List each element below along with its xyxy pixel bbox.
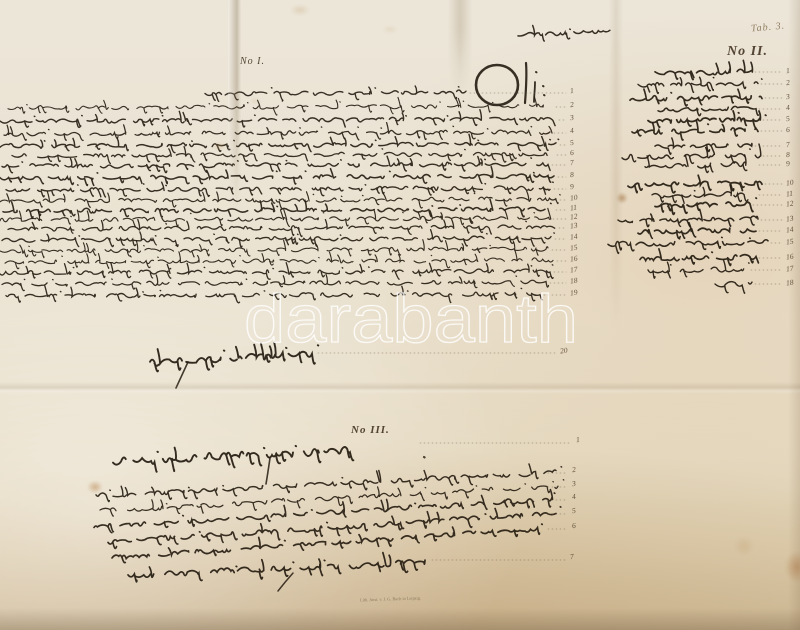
line-number-no3: 2 [571,466,576,474]
line-number-no2: 18 [786,279,794,287]
script-line [96,464,562,502]
script-line [648,111,766,128]
section-title-no2: No II. [727,44,768,60]
line-number-no1: 18 [570,277,578,285]
section-title-no1: No I. [240,56,265,67]
script-fragment [518,26,610,42]
line-number-no2: 14 [786,226,794,234]
script-line [652,185,748,204]
line-number-no1: 2 [569,101,574,109]
line-number-no1: 8 [569,171,574,179]
line-number-no1: 9 [569,183,574,191]
script-line [2,230,554,248]
line-number-no3: 7 [569,553,574,561]
script-line [632,120,758,140]
line-number-no3: 6 [571,522,576,530]
line-number-no2: 8 [785,151,790,159]
section-title-no3: No III. [351,424,390,436]
line-number-no2: 11 [786,190,794,198]
script-line [8,97,543,115]
script-line [94,490,555,533]
script-line [715,282,752,294]
line-number-no1: 4 [569,127,574,135]
line-number-no1: 16 [570,255,578,263]
script-line [608,237,768,253]
script-line [0,110,555,128]
line-number-no2: 7 [785,141,790,149]
line-number-no1: 14 [570,233,578,241]
line-number-no2: 9 [785,160,790,168]
script-line [5,251,553,269]
flourish-slash [266,458,270,484]
line-number-no2: 3 [785,93,790,101]
script-line [205,86,466,101]
script-line [0,134,559,152]
line-number-no2: 16 [786,253,794,261]
pen-dots [536,72,545,95]
line-number-no1: 17 [570,266,578,274]
line-number-no3: 3 [571,480,576,488]
line-number-no2: 4 [785,104,790,112]
line-number-no1: 6 [569,149,574,157]
script-line [640,249,758,266]
script-line [12,147,547,164]
script-line [0,240,548,258]
line-number-no1: 20 [560,347,568,355]
script-line [638,223,756,239]
line-number-no2: 10 [786,179,794,187]
line-number-no2: 13 [786,215,794,223]
line-number-no1: 15 [570,244,578,252]
pen-stroke [525,63,526,103]
line-number-no2: 5 [785,115,790,123]
script-line [128,553,425,582]
pen-stroke [534,82,535,102]
script-line [0,263,553,280]
line-number-no2: 12 [786,200,794,208]
line-number-no1: 3 [569,114,574,122]
script-line [0,167,554,186]
line-number-no2: 2 [785,79,790,87]
script-line [2,156,550,173]
line-number-no2: 17 [786,265,794,273]
line-number-no1: 10 [570,194,578,202]
watermark-text: darabanth [244,281,578,357]
line-number-no1: 13 [570,222,578,230]
script-line [655,138,752,154]
plate-photo: darabanth No I. No II. No III. Tab. 3. L… [0,0,800,630]
manuscript-ink-layer: darabanth [0,0,800,630]
large-o-glyph [476,65,518,105]
script-line [658,106,759,115]
script-line [648,260,749,278]
script-line [655,60,752,79]
line-number-no3: 5 [571,507,576,515]
line-number-no1: 5 [569,139,574,147]
line-number-no2: 15 [786,238,794,246]
script-line [618,209,758,226]
line-number-no3: 4 [571,493,576,501]
line-number-no1: 7 [569,159,574,167]
script-line-signature [113,446,353,472]
script-line [638,77,762,93]
line-number-no2: 6 [785,126,790,134]
line-number-no1: 19 [570,289,578,297]
